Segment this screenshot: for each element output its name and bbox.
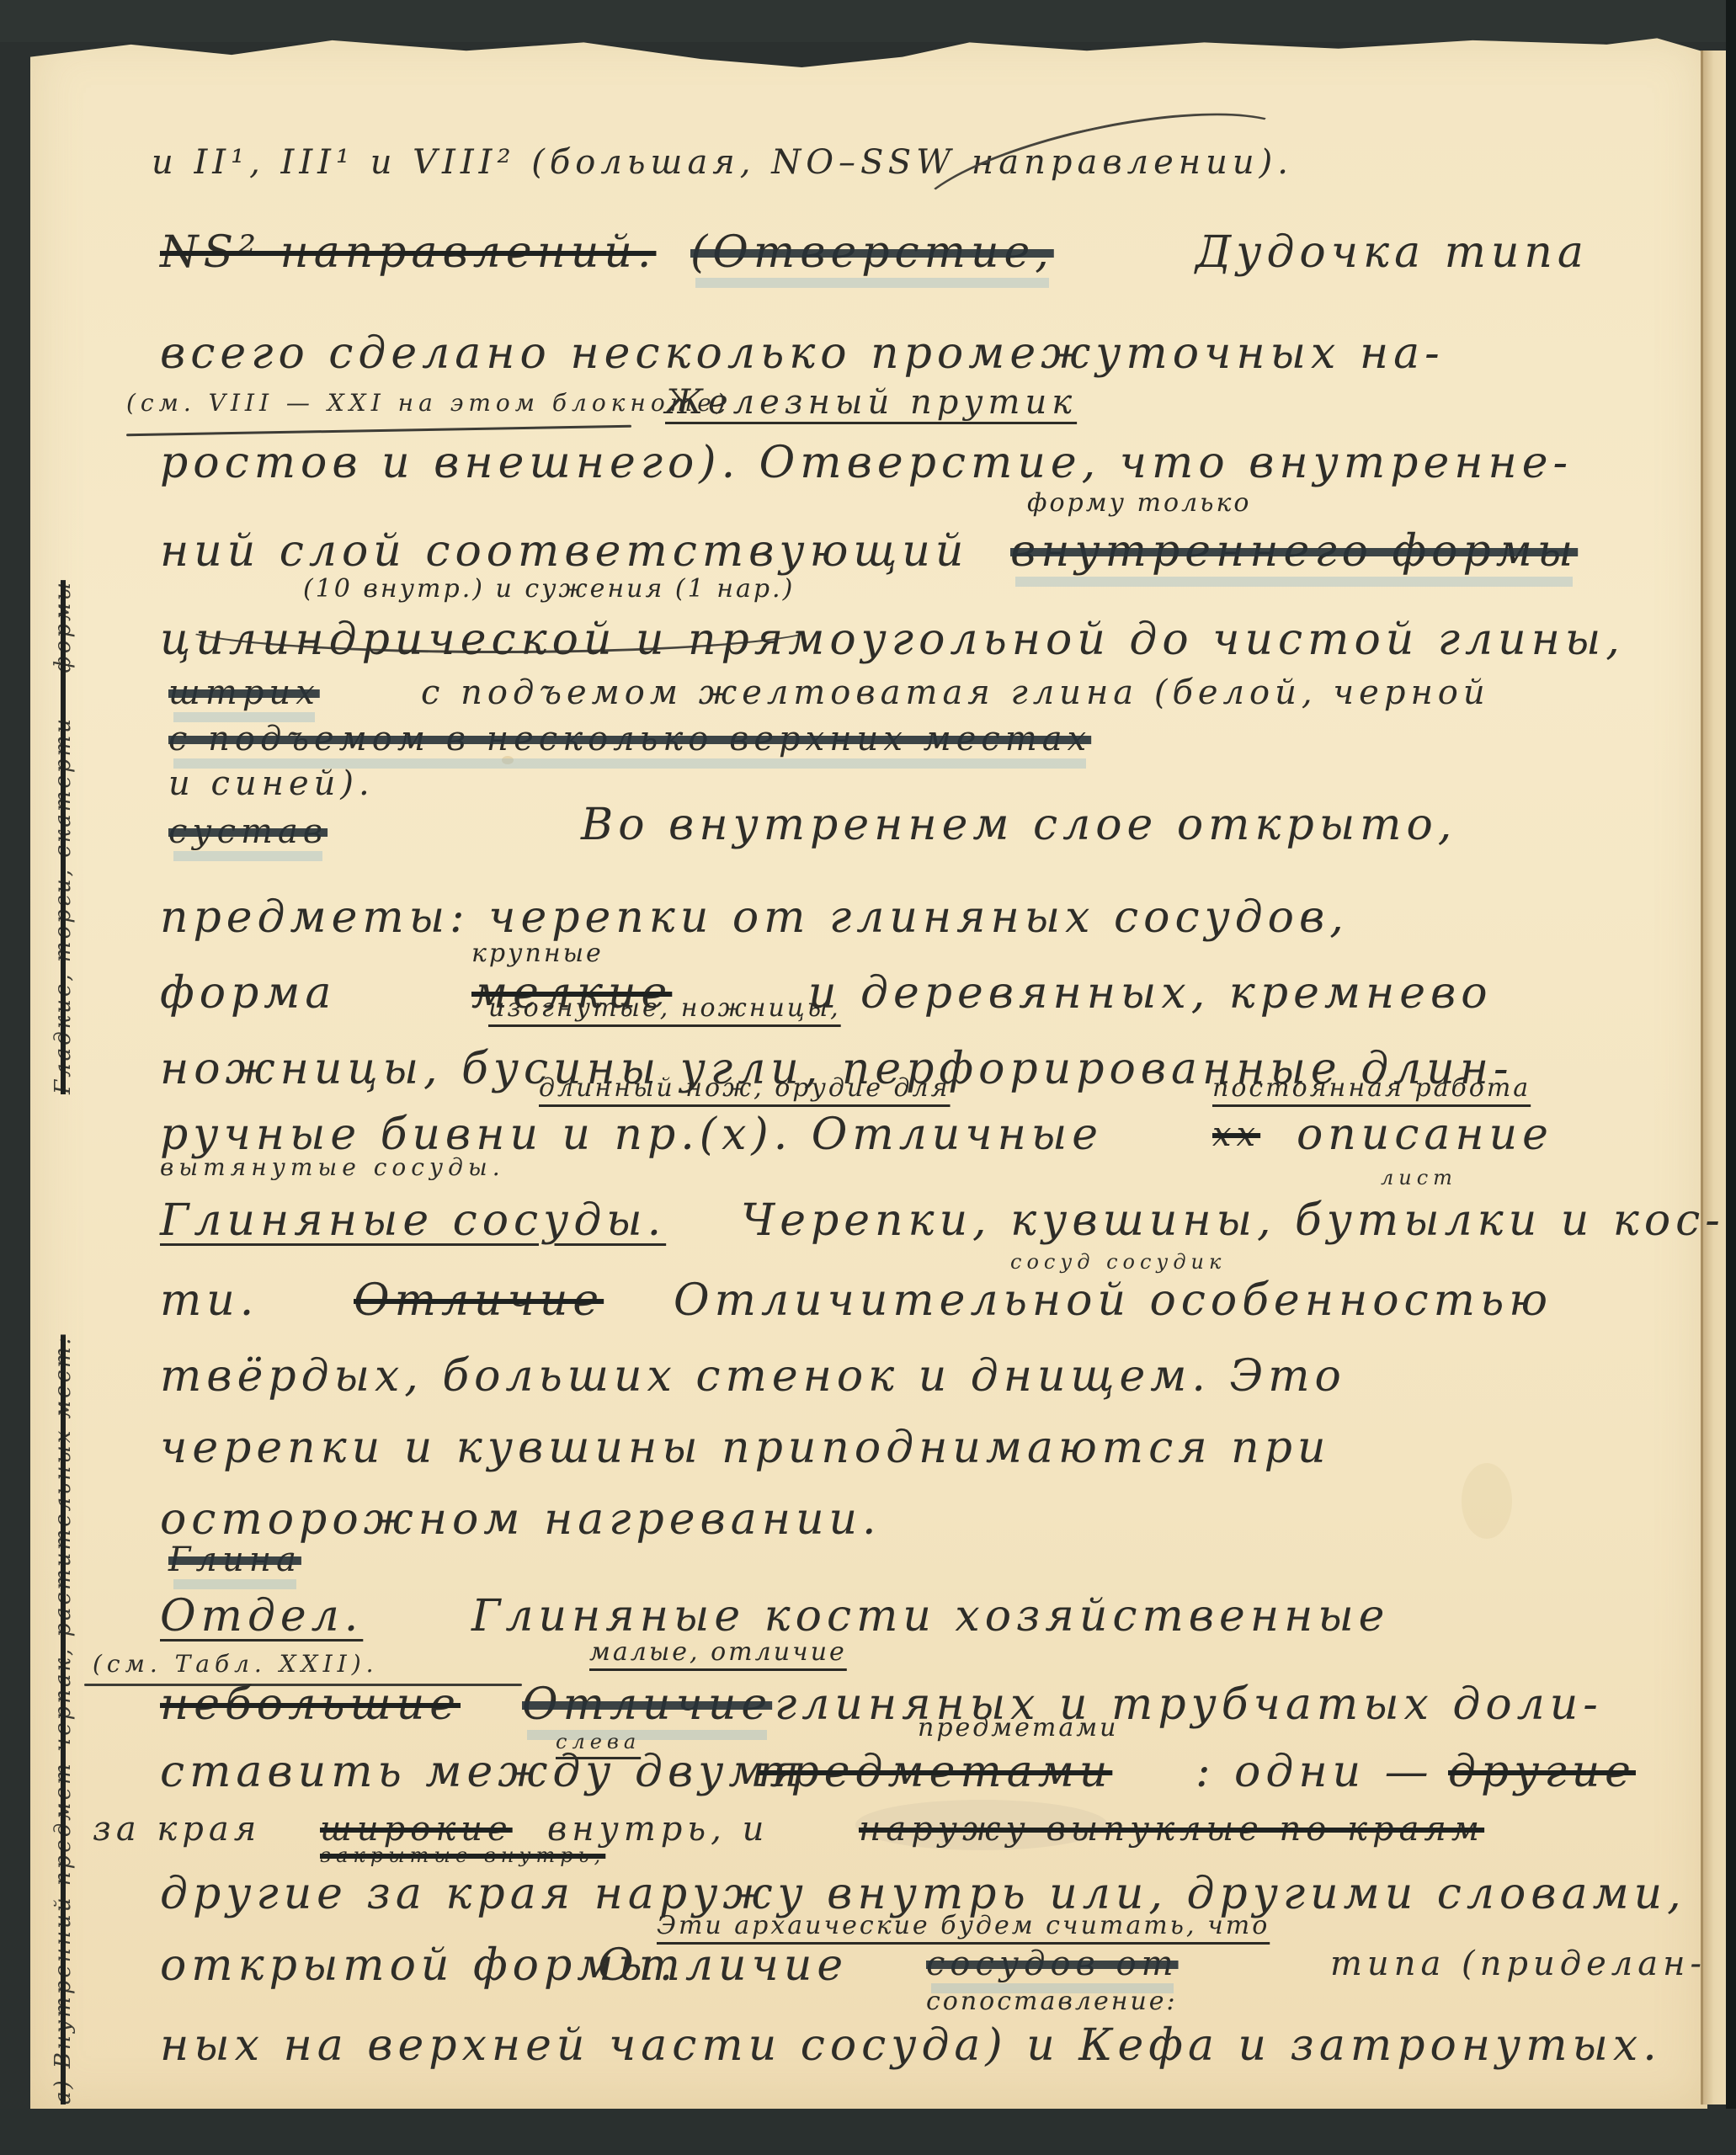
text-line-16: вытянутые сосуды. — [160, 1153, 505, 1181]
insertion-note: лист — [1381, 1166, 1457, 1189]
text-line-15: ручные бивни и пр.(x). Отличные — [160, 1109, 1103, 1160]
insertion-note: слева — [556, 1730, 641, 1753]
struck-text: (Отверстие, — [690, 227, 1054, 278]
text-line-12: предметы: черепки от глиняных сосудов, — [160, 892, 1349, 943]
insertion-note: длинный нож, орудие для — [539, 1073, 951, 1103]
struck-insertion: Железный прутик — [665, 383, 1077, 422]
text-line-8: с подъемом желтоватая глина (белой, черн… — [421, 673, 1490, 712]
struck-text: Отличие — [354, 1275, 604, 1326]
text-line-5: ростов и внешнего). Отверстие, что внутр… — [160, 438, 1573, 488]
text-line-19: твёрдых, больших стенок и днищем. Это — [160, 1351, 1346, 1402]
text-line-17a: Глиняные сосуды. — [160, 1195, 666, 1246]
text-line-2: Дудочка типа — [1195, 227, 1589, 278]
scan-background-top — [0, 0, 1736, 42]
paper-stain — [1462, 1463, 1512, 1539]
struck-text: Отличие — [522, 1679, 772, 1730]
insertion-note: форму только — [1027, 488, 1251, 518]
struck-text: NS² направлений. — [160, 227, 656, 278]
margin-note-vertical: Гладкие, торги, скатерти — формы — [51, 580, 76, 1094]
struck-text: внутреннего формы — [1010, 526, 1578, 577]
margin-reference: (см. Табл. XXII). — [93, 1650, 379, 1678]
struck-text: с подъемом в несколько верхних местах — [168, 720, 1091, 758]
text-line-6: ний слой соответствующий — [160, 526, 968, 577]
scan-background-bottom — [0, 2109, 1736, 2155]
insertion-note: предметами — [918, 1713, 1118, 1743]
struck-text: сосудов от — [926, 1945, 1179, 1983]
struck-text: штрих — [168, 673, 320, 712]
text-line-15-end: описание — [1297, 1109, 1553, 1160]
struck-text: небольшие — [160, 1679, 461, 1730]
text-line-21: осторожном нагревании. — [160, 1494, 881, 1545]
text-line-29: ных на верхней части сосуда) и Кефа и за… — [160, 2020, 1662, 2071]
insertion-note: постоянная работа — [1212, 1073, 1531, 1103]
insertion-note: крупные — [471, 939, 604, 968]
insertion-note: сопоставление: — [926, 1987, 1178, 2016]
insertion-note: (см. VIII — XXI на этом блокноте) — [126, 389, 731, 417]
insertion-note: малые, отличие — [589, 1637, 847, 1667]
text-line-25c: : одни — — [1195, 1747, 1434, 1797]
text-line-11: Во внутреннем слое открыто, — [581, 800, 1456, 850]
text-line-22a: Отдел. — [160, 1591, 363, 1642]
text-line-26a: за края — [93, 1810, 261, 1849]
struck-text: другие — [1448, 1747, 1636, 1797]
text-line-17b: Черепки, кувшины, бутылки и кос- — [741, 1195, 1725, 1246]
text-line-7: цилиндрической и прямоугольной до чистой… — [160, 615, 1625, 665]
margin-note-vertical: а) Внутренний предмет черпак, растительн… — [51, 1334, 76, 2104]
text-line-13c: и деревянных, кремнево — [808, 968, 1493, 1019]
scan-background-right — [1726, 0, 1736, 2155]
text-line-3: всего сделано несколько промежуточных на… — [160, 328, 1445, 379]
text-line-28b: Отличие — [598, 1940, 848, 1991]
struck-text: хх — [1212, 1115, 1260, 1154]
text-line-22b: Глиняные кости хозяйственные — [471, 1591, 1389, 1642]
insertion-note: сосуд сосудик — [1010, 1250, 1226, 1274]
text-line-25a: ставить между двумя — [160, 1747, 804, 1797]
insertion-note: изогнутые, ножницы, — [488, 993, 841, 1023]
text-line-24c: глиняных и трубчатых доли- — [775, 1679, 1603, 1730]
insertion-note: Эти архаические будем считать, что — [657, 1911, 1270, 1940]
struck-insertion: закрытые внутрь, — [320, 1844, 605, 1867]
text-line-18a: ти. — [160, 1275, 258, 1326]
struck-text: предметами — [758, 1747, 1112, 1797]
struck-text: сустав — [168, 812, 327, 851]
struck-text: Глина — [168, 1540, 301, 1579]
text-line-20: черепки и кувшины приподнимаются при — [160, 1423, 1330, 1473]
text-line-28d: типа (приделан- — [1330, 1945, 1707, 1983]
text-line-18c: Отличительной особенностью — [674, 1275, 1552, 1326]
text-line-10: и синей). — [168, 764, 375, 803]
struck-text: наружу выпуклые по краям — [859, 1810, 1484, 1849]
text-line-13a: форма — [160, 968, 336, 1019]
